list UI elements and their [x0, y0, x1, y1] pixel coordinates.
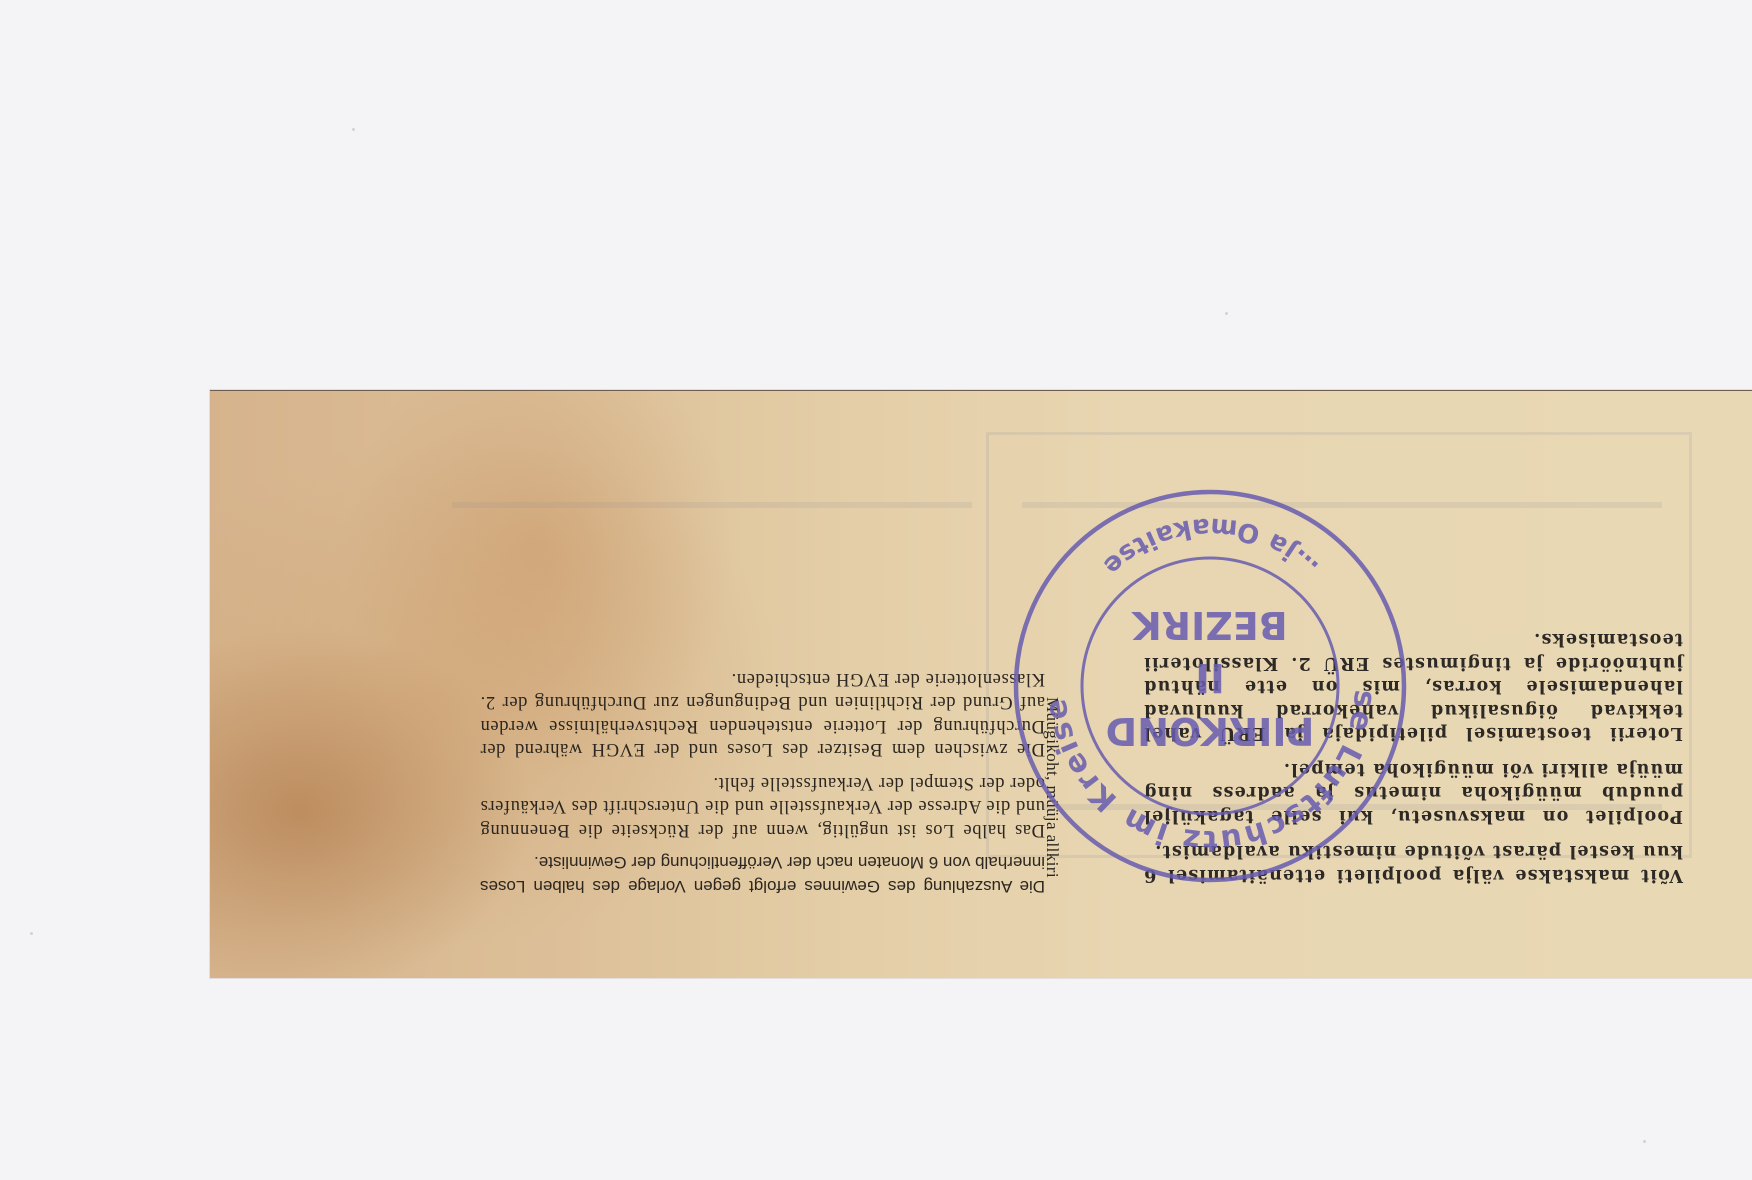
stamp-bezirk: BEZIRK [1131, 603, 1288, 647]
german-conditions: Die Auszahlung des Gewinnes erfolgt gege… [480, 667, 1045, 899]
district-stamp: Õhukaitse Luftschutz im Kreise Harju + …… [1010, 486, 1410, 886]
scan-speck [30, 932, 33, 935]
lottery-ticket: Võit makstakse välja poolpileti ettenäit… [210, 390, 1752, 978]
scan-speck [352, 128, 355, 131]
ticket-content-upside-down: Võit makstakse välja poolpileti ettenäit… [210, 391, 1752, 978]
stamp-roman-numeral: II [1195, 654, 1225, 700]
german-paragraph-2: Das halbe Los ist ungültig, wenn auf der… [480, 771, 1045, 842]
stamp-graphic: Õhukaitse Luftschutz im Kreise Harju + …… [1010, 486, 1410, 886]
german-paragraph-3: Die zwischen dem Besitzer des Loses und … [480, 667, 1045, 761]
scan-speck [1225, 312, 1228, 315]
scan-speck [1643, 1140, 1646, 1143]
show-through-line [452, 502, 972, 508]
german-paragraph-1: Die Auszahlung des Gewinnes erfolgt gege… [480, 851, 1045, 898]
stamp-piirkond: PIIRKOND [1106, 709, 1315, 753]
stamp-ring-bottom-text: …ja Omakaitse [1096, 511, 1324, 582]
